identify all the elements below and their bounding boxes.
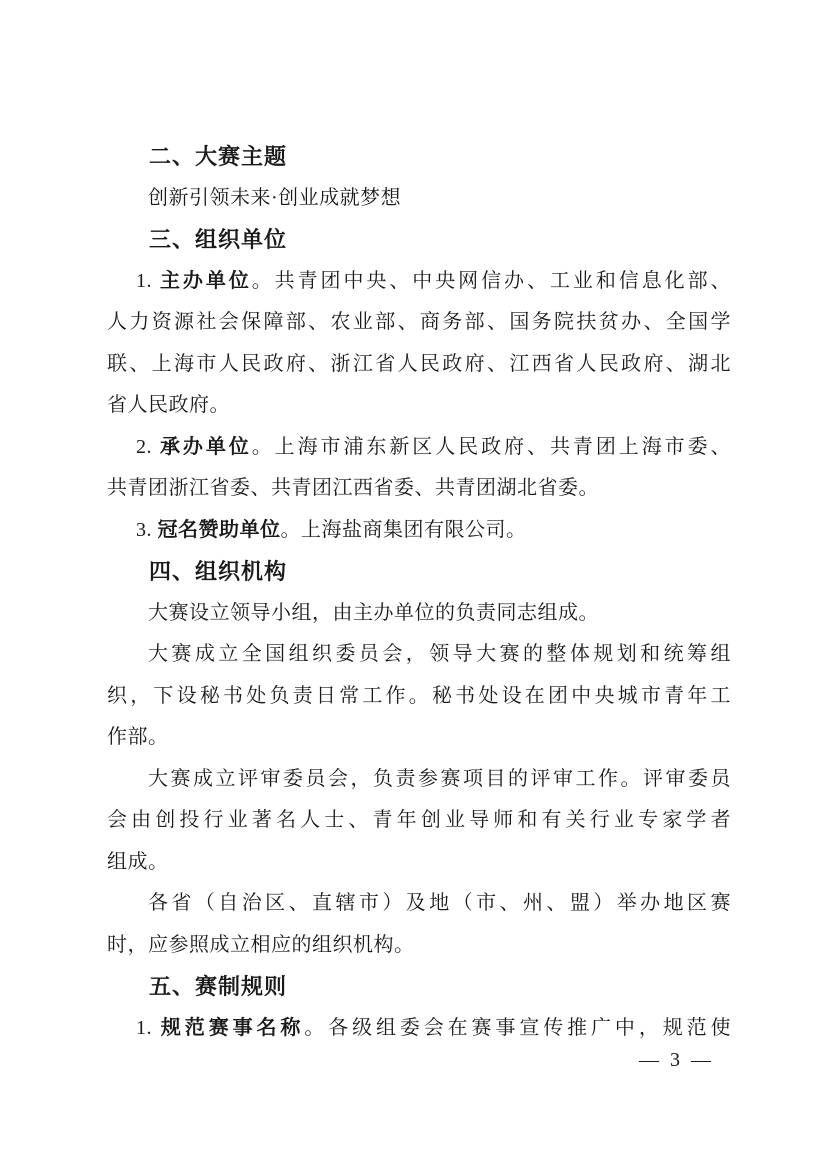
text-run: 1. <box>136 270 160 292</box>
document-page: 二、大赛主题创新引领未来·创业成就梦想三、组织单位1. 主办单位。共青团中央、中… <box>0 0 826 1169</box>
paragraph-line: 织，下设秘书处负责日常工作。秘书处设在团中央城市青年工 <box>107 676 731 718</box>
paragraph-line: 联、上海市人民政府、浙江省人民政府、江西省人民政府、湖北 <box>107 344 731 386</box>
section-heading: 三、组织单位 <box>107 219 731 261</box>
paragraph-line: 3. 冠名赞助单位。上海盐商集团有限公司。 <box>107 510 731 552</box>
paragraph-line: 各省（自治区、直辖市）及地（市、州、盟）举办地区赛 <box>107 883 731 925</box>
section-heading: 二、大赛主题 <box>107 136 731 178</box>
paragraph-line: 作部。 <box>107 717 731 759</box>
emphasis-text: 规范赛事名称 <box>161 1017 304 1039</box>
paragraph-line: 人力资源社会保障部、农业部、商务部、国务院扶贫办、全国学 <box>107 302 731 344</box>
paragraph-line: 1. 主办单位。共青团中央、中央网信办、工业和信息化部、 <box>107 261 731 303</box>
paragraph-line: 1. 规范赛事名称。各级组委会在赛事宣传推广中，规范使 <box>107 1008 731 1050</box>
text-run: 。共青团中央、中央网信办、工业和信息化部、 <box>252 270 731 292</box>
paragraph-line: 省人民政府。 <box>107 385 731 427</box>
text-run: 2. <box>136 436 160 458</box>
paragraph-line: 共青团浙江省委、共青团江西省委、共青团湖北省委。 <box>107 468 731 510</box>
paragraph-line: 组成。 <box>107 842 731 884</box>
text-run: 。上海盐商集团有限公司。 <box>281 519 527 541</box>
paragraph-line: 大赛成立评审委员会，负责参赛项目的评审工作。评审委员 <box>107 759 731 801</box>
emphasis-text: 主办单位 <box>160 270 252 292</box>
paragraph-line: 时，应参照成立相应的组织机构。 <box>107 925 731 967</box>
section-heading: 四、组织机构 <box>107 551 731 593</box>
text-run: 3. <box>136 519 158 541</box>
page-number: — 3 — <box>639 1046 714 1074</box>
paragraph-line: 大赛设立领导小组，由主办单位的负责同志组成。 <box>107 593 731 635</box>
text-run: 。各级组委会在赛事宣传推广中，规范使 <box>304 1017 731 1039</box>
section-heading: 五、赛制规则 <box>107 966 731 1008</box>
text-run: 1. <box>136 1017 161 1039</box>
paragraph-line: 会由创投行业著名人士、青年创业导师和有关行业专家学者 <box>107 800 731 842</box>
emphasis-text: 冠名赞助单位 <box>158 519 281 541</box>
paragraph-line: 2. 承办单位。上海市浦东新区人民政府、共青团上海市委、 <box>107 427 731 469</box>
paragraph-line: 大赛成立全国组织委员会，领导大赛的整体规划和统筹组 <box>107 634 731 676</box>
paragraph-line: 创新引领未来·创业成就梦想 <box>107 178 731 220</box>
emphasis-text: 承办单位 <box>160 436 252 458</box>
text-run: 。上海市浦东新区人民政府、共青团上海市委、 <box>252 436 731 458</box>
document-content: 二、大赛主题创新引领未来·创业成就梦想三、组织单位1. 主办单位。共青团中央、中… <box>107 136 731 1049</box>
